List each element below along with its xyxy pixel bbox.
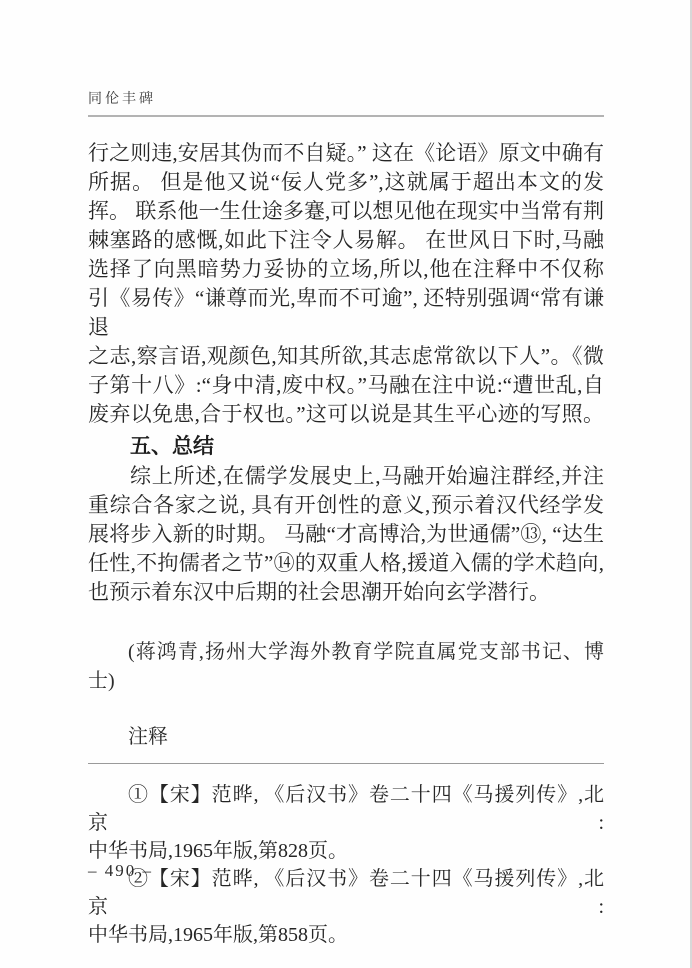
section-heading: 五、总结: [88, 432, 604, 461]
footnotes-block: ①【宋】范晔, 《后汉书》卷二十四《马援列传》,北京: 中华书局,1965年版,…: [88, 781, 604, 949]
paragraph-line: 挥。 联系他一生仕途多蹇,可以想见他在现实中当常有荆: [88, 197, 604, 226]
footnote: ①【宋】范晔, 《后汉书》卷二十四《马援列传》,北京: 中华书局,1965年版,…: [88, 781, 604, 865]
paragraph-line: 引《易传》“谦尊而光,卑而不可逾”, 还特别强调“常有谦退: [88, 284, 604, 342]
paragraph-line: 所据。 但是他又说“佞人党多”,这就属于超出本文的发: [88, 168, 604, 197]
paragraph-line: 行之则违,安居其伪而不自疑。” 这在《论语》原文中确有: [88, 139, 604, 168]
paragraph-line: 重综合各家之说, 具有开创性的意义,预示着汉代经学发: [88, 491, 604, 520]
footnote: ②【宋】范晔, 《后汉书》卷二十四《马援列传》,北京: 中华书局,1965年版,…: [88, 865, 604, 949]
paragraph-line: 也预示着东汉中后期的社会思潮开始向玄学潜行。: [88, 578, 604, 607]
page-number: – 490 –: [88, 861, 153, 881]
paragraph-line: 废弃以免患,合于权也。”这可以说是其生平心迹的写照。: [88, 400, 604, 429]
paragraph-line: 子第十八》:“身中清,废中权。”马融在注中说:“遭世乱,自: [88, 371, 604, 400]
footnote-line: 中华书局,1965年版,第858页。: [88, 921, 604, 949]
footnote-line: 中华书局,1965年版,第828页。: [88, 837, 604, 865]
paragraph-line: 综上所述,在儒学发展史上,马融开始遍注群经,并注: [88, 462, 604, 491]
paragraph-line: 展将步入新的时期。 马融“才高博洽,为世通儒”⑬, “达生: [88, 520, 604, 549]
notes-rule: [88, 763, 604, 764]
paragraph-line: 棘塞路的感慨,如此下注令人易解。 在世风日下时,马融: [88, 226, 604, 255]
header-rule: [88, 115, 604, 117]
paragraph-line: 任性,不拘儒者之节”⑭的双重人格,援道入儒的学术趋向,: [88, 549, 604, 578]
author-attribution: (蒋鸿青,扬州大学海外教育学院直属党支部书记、博 士): [88, 638, 604, 696]
attribution-line: (蒋鸿青,扬州大学海外教育学院直属党支部书记、博: [88, 638, 604, 667]
footnote-line: ②【宋】范晔, 《后汉书》卷二十四《马援列传》,北京:: [88, 865, 604, 921]
paragraph-line: 之志,察言语,观颜色,知其所欲,其志虑常欲以下人”。《微: [88, 342, 604, 371]
running-header: 同伦丰碑: [88, 88, 604, 108]
main-text-block: 行之则违,安居其伪而不自疑。” 这在《论语》原文中确有 所据。 但是他又说“佞人…: [88, 139, 604, 607]
footnote-line: ①【宋】范晔, 《后汉书》卷二十四《马援列传》,北京:: [88, 781, 604, 837]
paragraph-line: 选择了向黑暗势力妥协的立场,所以,他在注释中不仅称: [88, 255, 604, 284]
notes-heading: 注释: [88, 723, 604, 752]
attribution-line: 士): [88, 667, 604, 696]
book-page: 同伦丰碑 行之则违,安居其伪而不自疑。” 这在《论语》原文中确有 所据。 但是他…: [0, 0, 692, 968]
